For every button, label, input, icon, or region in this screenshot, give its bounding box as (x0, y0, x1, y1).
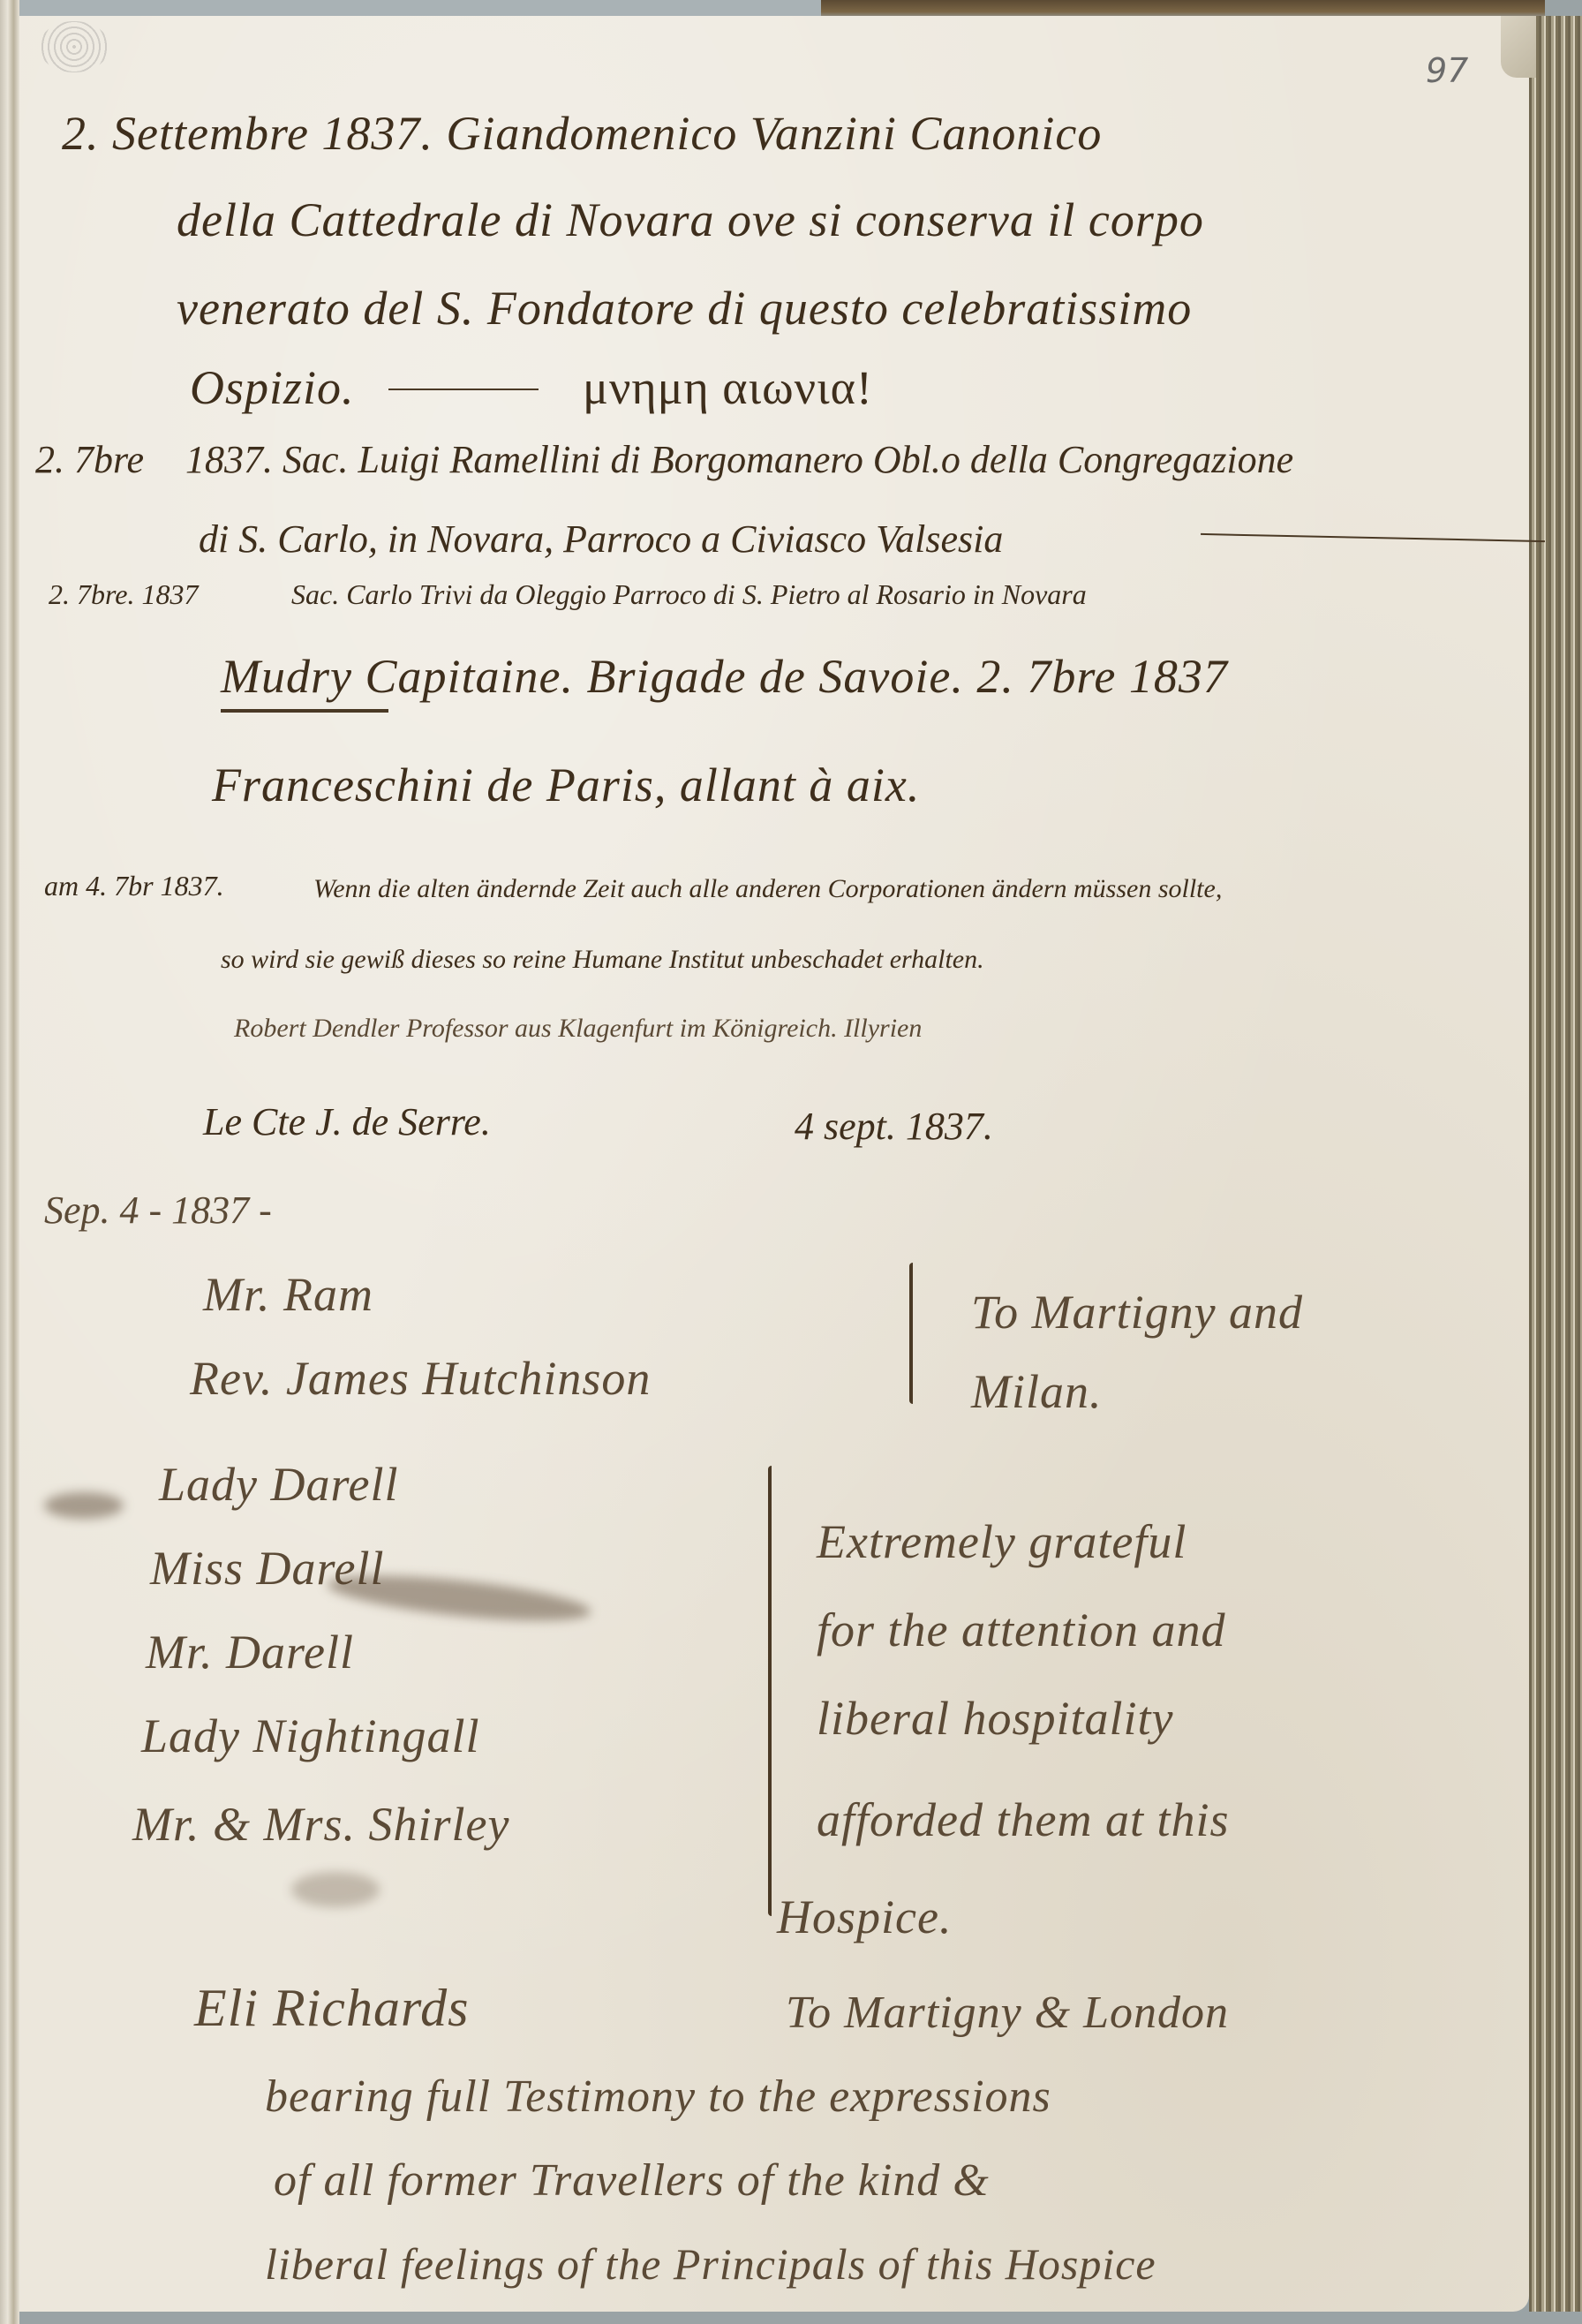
ink-smudge (291, 1872, 380, 1907)
folded-corner (1501, 16, 1536, 78)
ink-smudge (44, 1492, 124, 1519)
signature-flourish (221, 709, 388, 713)
entry-richards-line-1: To Martigny & London (786, 1987, 1229, 2039)
entry-richards-name: Eli Richards (194, 1978, 469, 2039)
entry-ram-date: Sep. 4 - 1837 - (44, 1188, 272, 1233)
entry-dendler-date: am 4. 7br 1837. (44, 870, 224, 902)
entry-trivi-line-1: Sac. Carlo Trivi da Oleggio Parroco di S… (291, 578, 1087, 611)
entry-dendler-signature: Robert Dendler Professor aus Klagenfurt … (234, 1014, 922, 1044)
entry-richards-line-4: liberal feelings of the Principals of th… (265, 2238, 1156, 2290)
book-gutter (0, 0, 19, 2324)
entry-ramellini-line-2: di S. Carlo, in Novara, Parroco a Civias… (199, 517, 1003, 562)
entry-darell-note-2: for the attention and (817, 1603, 1225, 1657)
entry-dendler-line-1: Wenn die alten ändernde Zeit auch alle a… (313, 874, 1222, 904)
entry-ramellini-date: 2. 7bre (35, 437, 144, 482)
entry-richards-line-3: of all former Travellers of the kind & (274, 2154, 990, 2207)
entry-vanzini-line-4: Ospizio. (190, 360, 355, 415)
entry-serre-date: 4 sept. 1837. (795, 1104, 993, 1149)
pencil-stamp-icon (39, 21, 109, 72)
entry-vanzini-line-2: della Cattedrale di Novara ove si conser… (177, 192, 1204, 247)
page-number: 97 (1426, 51, 1468, 90)
page-edges (1529, 16, 1582, 2312)
entry-darell-note-1: Extremely grateful (817, 1514, 1186, 1569)
brace-icon (909, 1263, 913, 1404)
entry-ram-note-2: Milan. (971, 1364, 1103, 1419)
entry-trivi-date: 2. 7bre. 1837 (49, 578, 198, 611)
entry-darell-note-4: afforded them at this (817, 1792, 1229, 1847)
entry-vanzini-greek: μνημη αιωνια! (583, 360, 873, 415)
entry-mudry-line-1: Mudry Capitaine. Brigade de Savoie. 2. 7… (221, 649, 1228, 704)
entry-darell-name-1: Lady Darell (159, 1457, 398, 1512)
divider-dash (388, 389, 539, 390)
entry-ram-name-1: Mr. Ram (203, 1267, 373, 1322)
entry-darell-name-4: Lady Nightingall (141, 1709, 480, 1763)
entry-darell-name-5: Mr. & Mrs. Shirley (132, 1797, 509, 1852)
entry-serre-name: Le Cte J. de Serre. (203, 1099, 491, 1144)
entry-richards-line-2: bearing full Testimony to the expression… (265, 2071, 1051, 2123)
entry-ram-name-2: Rev. James Hutchinson (190, 1351, 651, 1406)
entry-vanzini-line-1: 2. Settembre 1837. Giandomenico Vanzini … (62, 106, 1102, 161)
entry-darell-name-3: Mr. Darell (146, 1625, 354, 1679)
entry-darell-note-3: liberal hospitality (817, 1691, 1174, 1746)
entry-vanzini-line-3: venerato del S. Fondatore di questo cele… (177, 281, 1192, 336)
entry-franceschini-line-1: Franceschini de Paris, allant à aix. (212, 758, 920, 812)
scan-background-strip (0, 0, 821, 16)
entry-ram-note-1: To Martigny and (971, 1285, 1303, 1339)
entry-darell-note-5: Hospice. (777, 1890, 952, 1944)
entry-ramellini-line-1: 1837. Sac. Luigi Ramellini di Borgomaner… (185, 437, 1293, 482)
brace-icon (768, 1466, 772, 1916)
entry-dendler-line-2: so wird sie gewiß dieses so reine Humane… (221, 945, 984, 975)
